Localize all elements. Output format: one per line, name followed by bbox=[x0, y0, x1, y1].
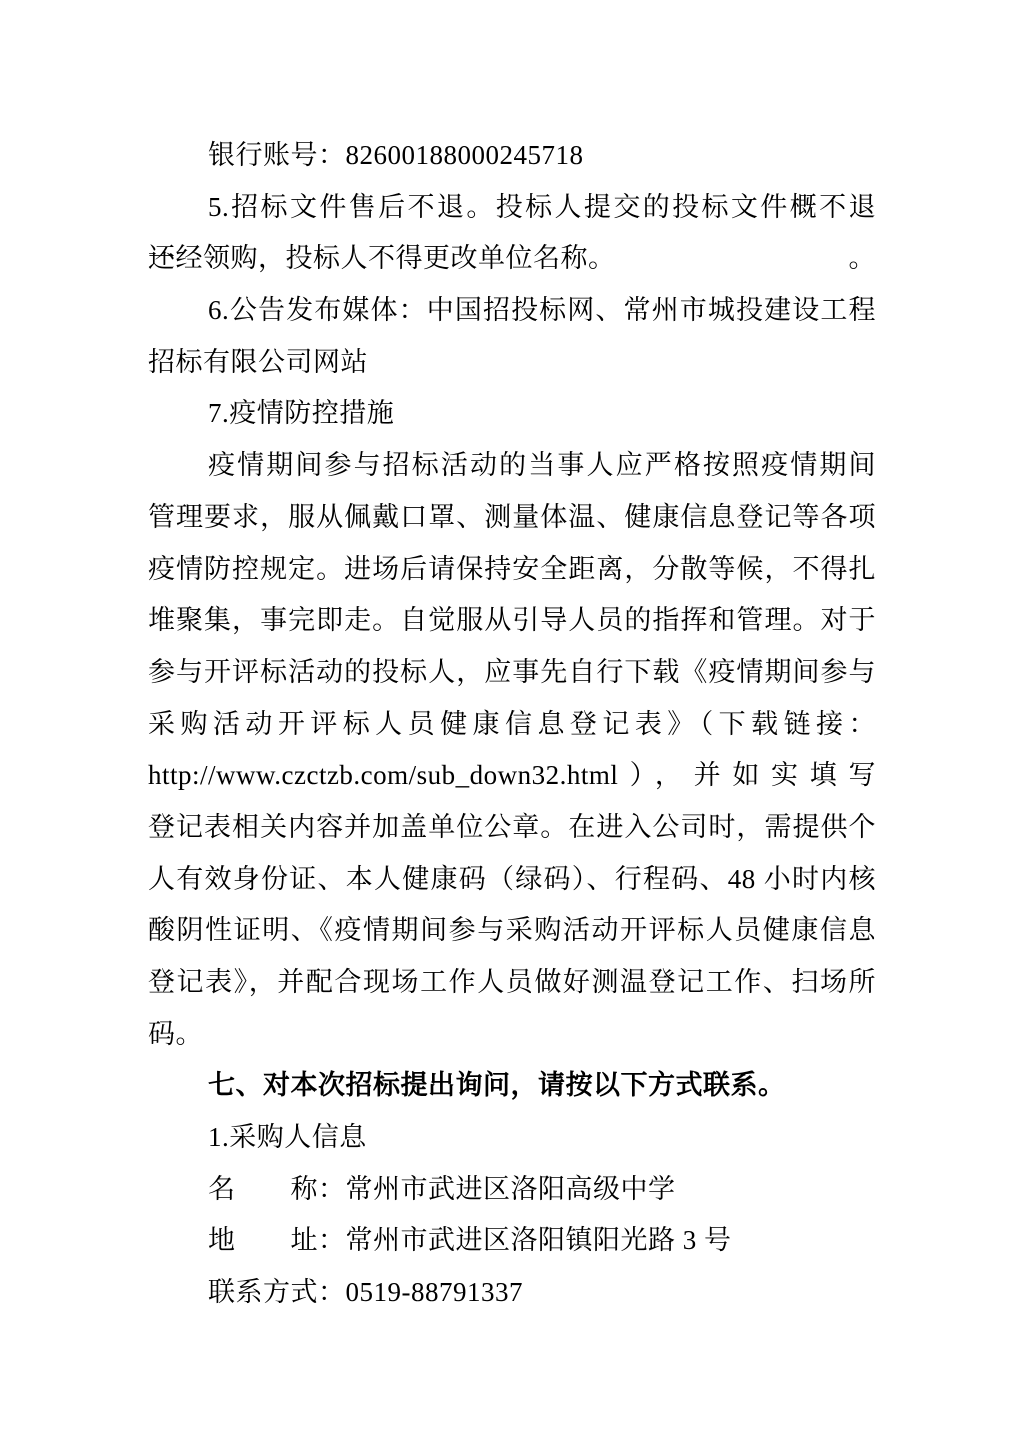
document-text-block: 银行账号：82600188000245718 5.招标文件售后不退。投标人提交的… bbox=[148, 130, 876, 1319]
document-page: { "page": { "background": "#ffffff", "te… bbox=[0, 0, 1024, 1448]
epidemic-paragraph-line: 码。 bbox=[148, 1009, 876, 1061]
bank-account-line: 银行账号：82600188000245718 bbox=[148, 130, 876, 182]
download-url-line: http://www.czctzb.com/sub_down32.html），并… bbox=[148, 750, 876, 802]
clause-7-heading: 7.疫情防控措施 bbox=[148, 388, 876, 440]
epidemic-paragraph-line: 参与开评标活动的投标人，应事先自行下载《疫情期间参与 bbox=[148, 647, 876, 699]
clause-5-line-1: 5.招标文件售后不退。投标人提交的投标文件概不退还。 bbox=[148, 182, 876, 234]
epidemic-paragraph-line: 管理要求，服从佩戴口罩、测量体温、健康信息登记等各项 bbox=[148, 492, 876, 544]
epidemic-paragraph-line: 人有效身份证、本人健康码（绿码）、行程码、48 小时内核 bbox=[148, 854, 876, 906]
epidemic-paragraph-line: 登记表》，并配合现场工作人员做好测温登记工作、扫场所 bbox=[148, 957, 876, 1009]
clause-6-line-1: 6.公告发布媒体：中国招投标网、常州市城投建设工程 bbox=[148, 285, 876, 337]
section-7-heading: 七、对本次招标提出询问，请按以下方式联系。 bbox=[148, 1060, 876, 1112]
epidemic-paragraph-line: 堆聚集，事完即走。自觉服从引导人员的指挥和管理。对于 bbox=[148, 595, 876, 647]
epidemic-paragraph-line: 疫情防控规定。进场后请保持安全距离，分散等候，不得扎 bbox=[148, 544, 876, 596]
epidemic-paragraph-line: 酸阴性证明、《疫情期间参与采购活动开评标人员健康信息 bbox=[148, 905, 876, 957]
purchaser-name-line: 名 称：常州市武进区洛阳高级中学 bbox=[148, 1164, 876, 1216]
epidemic-paragraph-line: 登记表相关内容并加盖单位公章。在进入公司时，需提供个 bbox=[148, 802, 876, 854]
clause-6-line-2: 招标有限公司网站 bbox=[148, 337, 876, 389]
epidemic-paragraph-line: 采购活动开评标人员健康信息登记表》（下载链接： bbox=[148, 699, 876, 751]
purchaser-info-heading: 1.采购人信息 bbox=[148, 1112, 876, 1164]
purchaser-address-line: 地 址：常州市武进区洛阳镇阳光路 3 号 bbox=[148, 1215, 876, 1267]
purchaser-contact-line: 联系方式：0519-88791337 bbox=[148, 1267, 876, 1319]
epidemic-paragraph-line: 疫情期间参与招标活动的当事人应严格按照疫情期间 bbox=[148, 440, 876, 492]
